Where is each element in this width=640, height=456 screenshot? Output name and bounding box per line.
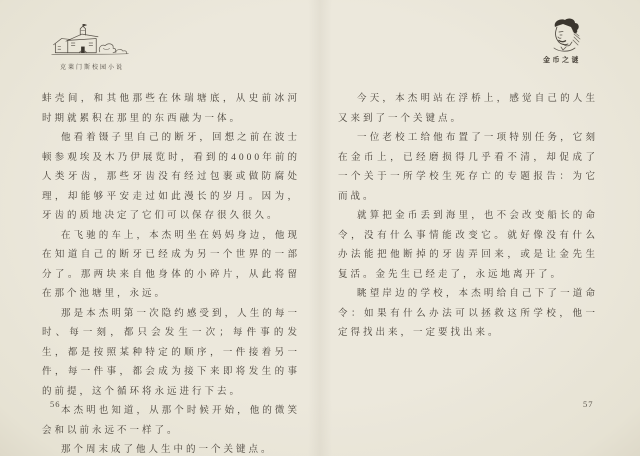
page-number-right: 57 <box>583 399 594 409</box>
paragraph: 那个周末成了他人生中的一个关键点。 <box>42 441 300 456</box>
paragraph: 一位老校工给他布置了一项特别任务，它刻在金币上，已经磨损得几乎看不清，却促成了一… <box>338 129 598 207</box>
paragraph: 在飞驰的车上，本杰明坐在妈妈身边，他现在知道自己的断牙已经成为另一个世界的一部分… <box>42 227 300 305</box>
man-portrait-sketch-icon <box>541 18 587 54</box>
paragraph: 就算把金币丢到海里，也不会改变船长的命令，没有什么事情能改变它。就好像没有什么办… <box>338 207 598 285</box>
paragraph: 眺望岸边的学校，本杰明给自己下了一道命令：如果有什么办法可以拯救这所学校，他一定… <box>338 285 598 344</box>
paragraph: 今天，本杰明站在浮桥上，感觉自己的人生又来到了一个关键点。 <box>338 90 598 129</box>
page-gutter-shadow <box>308 0 332 456</box>
paragraph: 蚌壳间，和其他那些在休瑞塘底，从史前冰河时期就累积在那里的东西融为一体。 <box>42 90 300 129</box>
paragraph: 他看着镊子里自己的断牙，回想之前在波士顿参观埃及木乃伊展览时，看到的4000年前… <box>42 129 300 227</box>
right-page-text: 今天，本杰明站在浮桥上，感觉自己的人生又来到了一个关键点。 一位老校工给他布置了… <box>338 90 598 344</box>
book-spread: 克莱门斯校园小说 蚌壳间，和其他那些在休瑞塘底，从史前冰河时期就累积在那里的东西… <box>0 0 640 456</box>
paragraph: 本杰明也知道，从那个时候开始，他的微笑会和以前永远不一样了。 <box>42 402 300 441</box>
schoolhouse-sketch-icon <box>50 24 130 62</box>
chapter-title: 金币之谜 <box>543 55 581 65</box>
series-title: 克莱门斯校园小说 <box>60 62 124 71</box>
left-page-text: 蚌壳间，和其他那些在休瑞塘底，从史前冰河时期就累积在那里的东西融为一体。 他看着… <box>42 90 300 456</box>
paragraph: 那是本杰明第一次隐约感受到，人生的每一时、每一刻，都只会发生一次；每件事的发生，… <box>42 305 300 403</box>
page-number-left: 56 <box>50 399 61 409</box>
